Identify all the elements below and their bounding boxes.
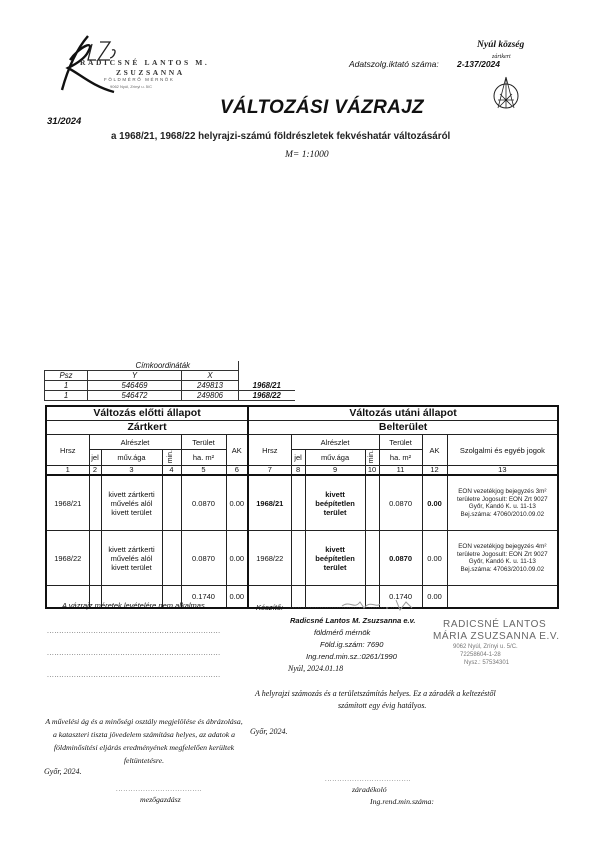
column-number: 9 — [305, 466, 365, 476]
header-cultivation: műv.ága — [101, 450, 162, 466]
before-area: 0.0870 — [181, 531, 226, 586]
header-quality: min. — [162, 450, 181, 466]
logo-profession: FÖLDMÉRŐ MÉRNÖK — [104, 77, 175, 82]
license-right: Ing.rend.min.száma: — [370, 797, 434, 806]
document-number: 31/2024 — [47, 116, 81, 127]
servitude: EON vezetékjog bejegyzés 4m²területre Jo… — [447, 531, 558, 586]
coord-y: 546472 — [88, 391, 182, 401]
table-row: 1968/21 kivett zártkerti művelés alól ki… — [46, 475, 558, 531]
stamp-line2: MÁRIA ZSUZSANNA E.V. — [433, 631, 560, 642]
logo-address: 9062 Nyúl, Zrínyi u. 5/C — [110, 84, 152, 89]
header-servitude: Szolgalmi és egyéb jogok — [447, 435, 558, 466]
column-number: 6 — [226, 466, 248, 476]
after-state-title: Változás utáni állapot — [248, 406, 558, 421]
coord-psz: 1 — [45, 381, 88, 391]
sketch-note: A vázrajz méretek levételére nem alkalma… — [62, 601, 207, 610]
header-ak: AK — [422, 435, 447, 466]
after-jel — [291, 475, 305, 531]
total-after-ak: 0.00 — [422, 586, 447, 609]
registry-value: 2-137/2024 — [457, 59, 500, 69]
header-subdetail: Alrészlet — [89, 435, 181, 450]
document-subtitle: a 1968/21, 1968/22 helyrajzi-számú földr… — [111, 131, 450, 142]
column-number: 5 — [181, 466, 226, 476]
servitude: EON vezetékjog bejegyzés 3m²területre Jo… — [447, 475, 558, 531]
coord-y: 546469 — [88, 381, 182, 391]
maker-date: Nyúl, 2024.01.18 — [288, 664, 343, 673]
city-date-right: Győr, 2024. — [250, 727, 288, 736]
header-area-unit: ha. m² — [181, 450, 226, 466]
maker-title: földmérő mérnök — [314, 628, 370, 637]
after-ak: 0.00 — [422, 475, 447, 531]
before-jel — [89, 531, 101, 586]
logo-name-line2: ZSUZSANNA — [116, 68, 185, 77]
coord-header-y: Y — [88, 371, 182, 381]
header-hrsz: Hrsz — [248, 435, 291, 466]
header-subdetail: Alrészlet — [291, 435, 379, 450]
before-ak: 0.00 — [226, 475, 248, 531]
column-number: 11 — [379, 466, 422, 476]
registry-label: Adatszolg.iktató száma: — [349, 59, 439, 69]
validity-statement: A helyrajzi számozás és a területszámítá… — [255, 689, 496, 698]
column-number: 7 — [248, 466, 291, 476]
document-title: VÁLTOZÁSI VÁZRAJZ — [220, 97, 424, 119]
before-state-title: Változás előtti állapot — [46, 406, 248, 421]
logo-name-line1: RADICSNÉ LANTOS M. — [80, 58, 209, 67]
after-ak: 0.00 — [422, 531, 447, 586]
city-date-left: Győr, 2024. — [44, 767, 82, 776]
header-cultivation: műv.ága — [305, 450, 365, 466]
cultivation-statement: A művelési ág és a minőségi osztály megj… — [44, 715, 244, 767]
header-jel: jel — [291, 450, 305, 466]
signatory-right: záradékoló — [352, 785, 387, 794]
header-hrsz: Hrsz — [46, 435, 89, 466]
column-number: 2 — [89, 466, 101, 476]
header-quality: min. — [365, 450, 379, 466]
label-coordinates-table: Címkoordináták Psz Y X 1 546469 249813 1… — [44, 361, 295, 401]
coord-x: 249813 — [182, 381, 239, 391]
maker-registration: Föld.ig.szám: 7690 — [320, 640, 383, 649]
column-number: 10 — [365, 466, 379, 476]
before-cultivation: kivett zártkerti művelés alól kivett ter… — [101, 531, 162, 586]
before-hrsz: 1968/21 — [46, 475, 89, 531]
map-scale: M= 1:1000 — [285, 150, 329, 160]
stamp-line3: 9062 Nyúl, Zrínyi u. 5/C. — [453, 644, 518, 650]
after-cultivation: kivett beépítetlen terület — [305, 475, 365, 531]
table-row: 1968/22 kivett zártkerti művelés alól ki… — [46, 531, 558, 586]
column-number: 13 — [447, 466, 558, 476]
after-area: 0.0870 — [379, 475, 422, 531]
before-area: 0.0870 — [181, 475, 226, 531]
header-ak: AK — [226, 435, 248, 466]
header-area: Terület — [181, 435, 226, 450]
after-jel — [291, 531, 305, 586]
before-quality — [162, 475, 181, 531]
after-hrsz: 1968/21 — [248, 475, 291, 531]
signature-line-left: ................................... — [116, 787, 202, 793]
column-number: 3 — [101, 466, 162, 476]
coord-header-psz: Psz — [45, 371, 88, 381]
column-number: 4 — [162, 466, 181, 476]
signatory-left: mezőgazdász — [140, 795, 181, 804]
after-quality — [365, 475, 379, 531]
before-area-type: Zártkert — [46, 421, 248, 435]
after-cultivation: kivett beépítetlen terület — [305, 531, 365, 586]
north-arrow-icon — [490, 76, 522, 110]
coord-header-x: X — [182, 371, 239, 381]
column-number: 8 — [291, 466, 305, 476]
after-area: 0.0870 — [379, 531, 422, 586]
total-before-ak: 0.00 — [226, 586, 248, 609]
coord-psz: 1 — [45, 391, 88, 401]
blank-line: ........................................… — [47, 672, 221, 679]
blank-line: ........................................… — [47, 628, 221, 635]
stamp-line5: Nysz.: 57534301 — [464, 660, 509, 666]
maker-name: Radicsné Lantos M. Zsuzsanna e.v. — [290, 616, 415, 625]
before-ak: 0.00 — [226, 531, 248, 586]
before-jel — [89, 475, 101, 531]
before-cultivation: kivett zártkerti művelés alól kivett ter… — [101, 475, 162, 531]
after-area-type: Belterület — [248, 421, 558, 435]
blank-line: ........................................… — [47, 650, 221, 657]
coord-parcel: 1968/22 — [239, 391, 295, 401]
village-name: Nyúl község — [477, 40, 524, 50]
stamp-line1: RADICSNÉ LANTOS — [443, 619, 546, 630]
before-quality — [162, 531, 181, 586]
change-table: Változás előtti állapot Változás utáni á… — [45, 405, 559, 609]
header-jel: jel — [89, 450, 101, 466]
header-area-unit: ha. m² — [379, 450, 422, 466]
prepared-by-label: Készítő: — [256, 603, 283, 612]
column-number: 1 — [46, 466, 89, 476]
coord-x: 249806 — [182, 391, 239, 401]
stamp-line4: 72258604-1-28 — [460, 652, 501, 658]
after-quality — [365, 531, 379, 586]
maker-license: Ing.rend.min.sz.:0261/1990 — [306, 652, 397, 661]
coord-row: 1 546469 249813 1968/21 — [45, 381, 295, 391]
coord-parcel: 1968/21 — [239, 381, 295, 391]
header-area: Terület — [379, 435, 422, 450]
validity-statement-cont: számított egy évig hatályos. — [338, 701, 426, 710]
after-hrsz: 1968/22 — [248, 531, 291, 586]
column-number: 12 — [422, 466, 447, 476]
signature-icon — [340, 596, 420, 612]
before-hrsz: 1968/22 — [46, 531, 89, 586]
coord-title: Címkoordináták — [88, 361, 239, 371]
coord-row: 1 546472 249806 1968/22 — [45, 391, 295, 401]
signature-line-right: ................................... — [325, 777, 411, 783]
